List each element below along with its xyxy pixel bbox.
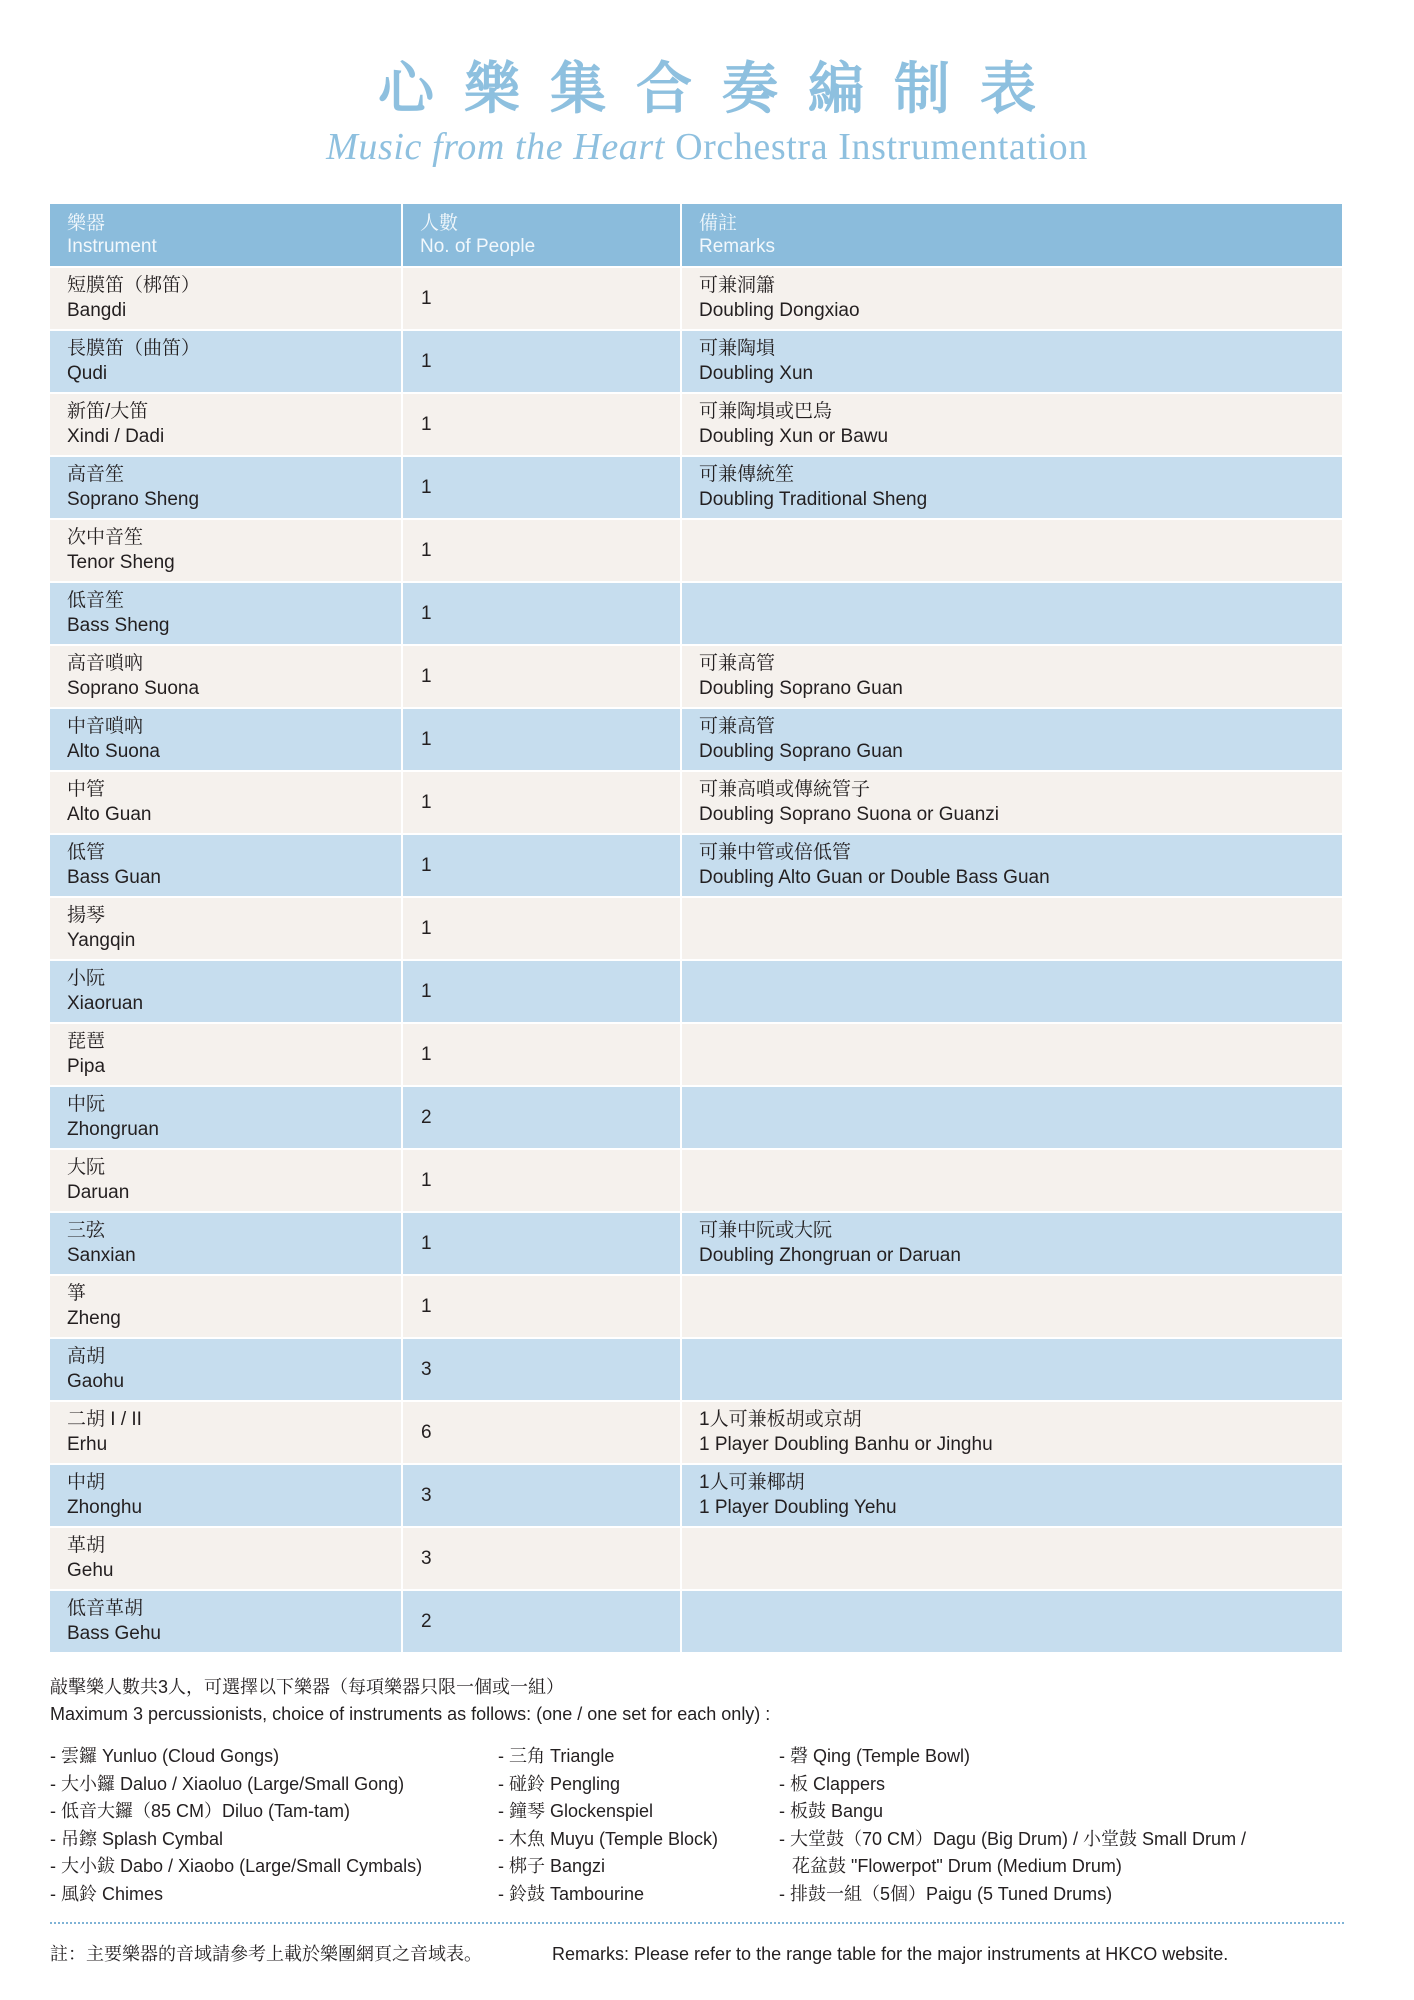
percussion-intro-zh: 敲擊樂人數共3人，可選擇以下樂器（每項樂器只限一個或一組） xyxy=(50,1674,770,1701)
people-count: 1 xyxy=(421,664,432,689)
people-count: 1 xyxy=(421,412,432,437)
table-row: 短膜笛（梆笛）Bangdi 1 可兼洞簫Doubling Dongxiao xyxy=(50,268,1342,329)
remark-zh: 可兼傳統笙 xyxy=(699,462,1325,487)
remarks-cell xyxy=(682,583,1342,644)
instrument-cell: 短膜笛（梆笛）Bangdi xyxy=(50,268,401,329)
remark-en: Doubling Soprano Guan xyxy=(699,676,1325,701)
instrument-cell: 長膜笛（曲笛）Qudi xyxy=(50,331,401,392)
header-label-zh: 備註 xyxy=(699,212,1325,235)
people-cell: 3 xyxy=(403,1339,680,1400)
instrument-en: Tenor Sheng xyxy=(67,550,384,575)
percussion-item: - 磬 Qing (Temple Bowl) xyxy=(779,1743,1246,1771)
people-count: 6 xyxy=(421,1420,432,1445)
people-count: 1 xyxy=(421,727,432,752)
table-row: 高音笙Soprano Sheng 1 可兼傳統笙Doubling Traditi… xyxy=(50,457,1342,518)
instrument-en: Bangdi xyxy=(67,298,384,323)
instrument-en: Pipa xyxy=(67,1054,384,1079)
remark-zh: 可兼陶塤 xyxy=(699,336,1325,361)
percussion-item: - 三角 Triangle xyxy=(498,1743,718,1771)
instrument-zh: 小阮 xyxy=(67,966,384,991)
people-cell: 1 xyxy=(403,268,680,329)
people-cell: 1 xyxy=(403,835,680,896)
instrument-cell: 低音笙Bass Sheng xyxy=(50,583,401,644)
percussion-item: - 大小鑼 Daluo / Xiaoluo (Large/Small Gong) xyxy=(50,1771,422,1799)
instrument-en: Soprano Suona xyxy=(67,676,384,701)
remarks-cell: 可兼高管Doubling Soprano Guan xyxy=(682,646,1342,707)
remarks-cell: 可兼中管或倍低管Doubling Alto Guan or Double Bas… xyxy=(682,835,1342,896)
people-cell: 2 xyxy=(403,1591,680,1652)
table-row: 長膜笛（曲笛）Qudi 1 可兼陶塤Doubling Xun xyxy=(50,331,1342,392)
remarks-cell: 可兼高管Doubling Soprano Guan xyxy=(682,709,1342,770)
instrumentation-table: 樂器Instrument 人數No. of People 備註Remarks 短… xyxy=(50,204,1342,1652)
instrument-zh: 三弦 xyxy=(67,1218,384,1243)
remark-zh: 可兼中阮或大阮 xyxy=(699,1218,1325,1243)
people-count: 1 xyxy=(421,916,432,941)
remarks-cell xyxy=(682,1591,1342,1652)
table-row: 低音革胡Bass Gehu 2 xyxy=(50,1591,1342,1652)
instrument-zh: 新笛/大笛 xyxy=(67,399,384,424)
instrument-cell: 中管Alto Guan xyxy=(50,772,401,833)
instrument-en: Erhu xyxy=(67,1432,384,1457)
instrument-zh: 揚琴 xyxy=(67,903,384,928)
instrument-zh: 次中音笙 xyxy=(67,525,384,550)
remarks-cell xyxy=(682,1087,1342,1148)
people-cell: 1 xyxy=(403,520,680,581)
instrument-en: Daruan xyxy=(67,1180,384,1205)
people-count: 1 xyxy=(421,979,432,1004)
instrument-cell: 高音嗩吶Soprano Suona xyxy=(50,646,401,707)
instrument-cell: 高胡Gaohu xyxy=(50,1339,401,1400)
instrument-cell: 琵琶Pipa xyxy=(50,1024,401,1085)
people-count: 1 xyxy=(421,790,432,815)
instrument-zh: 短膜笛（梆笛） xyxy=(67,273,384,298)
people-cell: 1 xyxy=(403,457,680,518)
instrument-zh: 二胡 I / II xyxy=(67,1407,384,1432)
instrument-zh: 高音嗩吶 xyxy=(67,651,384,676)
remark-zh: 可兼陶塤或巴烏 xyxy=(699,399,1325,424)
instrument-cell: 中音嗩吶Alto Suona xyxy=(50,709,401,770)
percussion-item: - 大小鈸 Dabo / Xiaobo (Large/Small Cymbals… xyxy=(50,1853,422,1881)
table-row: 低管Bass Guan 1 可兼中管或倍低管Doubling Alto Guan… xyxy=(50,835,1342,896)
instrument-cell: 中胡Zhonghu xyxy=(50,1465,401,1526)
table-row: 中音嗩吶Alto Suona 1 可兼高管Doubling Soprano Gu… xyxy=(50,709,1342,770)
remarks-cell: 1人可兼板胡或京胡1 Player Doubling Banhu or Jing… xyxy=(682,1402,1342,1463)
remarks-cell: 可兼傳統笙Doubling Traditional Sheng xyxy=(682,457,1342,518)
remark-en: Doubling Soprano Guan xyxy=(699,739,1325,764)
people-count: 3 xyxy=(421,1483,432,1508)
instrument-cell: 低管Bass Guan xyxy=(50,835,401,896)
header-remarks: 備註Remarks xyxy=(682,204,1342,266)
remarks-cell: 可兼陶塤Doubling Xun xyxy=(682,331,1342,392)
people-count: 1 xyxy=(421,286,432,311)
people-count: 3 xyxy=(421,1357,432,1382)
percussion-item-continuation: 花盆鼓 "Flowerpot" Drum (Medium Drum) xyxy=(779,1853,1246,1881)
table-row: 揚琴Yangqin 1 xyxy=(50,898,1342,959)
header-label-en: Remarks xyxy=(699,235,1325,258)
instrument-en: Sanxian xyxy=(67,1243,384,1268)
people-cell: 1 xyxy=(403,1024,680,1085)
instrument-zh: 高胡 xyxy=(67,1344,384,1369)
table-row: 高音嗩吶Soprano Suona 1 可兼高管Doubling Soprano… xyxy=(50,646,1342,707)
people-cell: 1 xyxy=(403,772,680,833)
page-title-en-italic: Music from the Heart xyxy=(326,126,665,168)
header-label-en: No. of People xyxy=(420,235,663,258)
remarks-cell xyxy=(682,898,1342,959)
remarks-cell xyxy=(682,1339,1342,1400)
instrument-cell: 次中音笙Tenor Sheng xyxy=(50,520,401,581)
remark-en: 1 Player Doubling Yehu xyxy=(699,1495,1325,1520)
remarks-cell xyxy=(682,1528,1342,1589)
footnote-en: Remarks: Please refer to the range table… xyxy=(552,1941,1228,1967)
instrument-cell: 三弦Sanxian xyxy=(50,1213,401,1274)
people-count: 1 xyxy=(421,349,432,374)
table-row: 琵琶Pipa 1 xyxy=(50,1024,1342,1085)
header-label-zh: 樂器 xyxy=(67,212,384,235)
percussion-item: - 梆子 Bangzi xyxy=(498,1853,718,1881)
instrument-cell: 高音笙Soprano Sheng xyxy=(50,457,401,518)
page-title-en: Music from the Heart Orchestra Instrumen… xyxy=(0,124,1414,170)
instrument-zh: 琵琶 xyxy=(67,1029,384,1054)
instrument-zh: 高音笙 xyxy=(67,462,384,487)
table-row: 低音笙Bass Sheng 1 xyxy=(50,583,1342,644)
instrument-zh: 中音嗩吶 xyxy=(67,714,384,739)
percussion-item: - 板鼓 Bangu xyxy=(779,1798,1246,1826)
people-cell: 6 xyxy=(403,1402,680,1463)
instrument-zh: 低音笙 xyxy=(67,588,384,613)
remark-zh: 可兼高管 xyxy=(699,714,1325,739)
instrument-cell: 大阮Daruan xyxy=(50,1150,401,1211)
instrument-zh: 中胡 xyxy=(67,1470,384,1495)
instrument-cell: 中阮Zhongruan xyxy=(50,1087,401,1148)
people-count: 1 xyxy=(421,538,432,563)
percussion-item: - 雲鑼 Yunluo (Cloud Gongs) xyxy=(50,1743,422,1771)
header-people: 人數No. of People xyxy=(403,204,680,266)
remark-en: Doubling Xun or Bawu xyxy=(699,424,1325,449)
people-cell: 1 xyxy=(403,961,680,1022)
people-count: 2 xyxy=(421,1609,432,1634)
percussion-intro-en: Maximum 3 percussionists, choice of inst… xyxy=(50,1701,770,1728)
remark-zh: 可兼洞簫 xyxy=(699,273,1325,298)
instrument-cell: 低音革胡Bass Gehu xyxy=(50,1591,401,1652)
page-title-zh: 心樂集合奏編制表 xyxy=(0,56,1414,122)
percussion-item: - 碰鈴 Pengling xyxy=(498,1771,718,1799)
remarks-cell xyxy=(682,961,1342,1022)
instrument-en: Bass Sheng xyxy=(67,613,384,638)
instrument-en: Zhonghu xyxy=(67,1495,384,1520)
people-cell: 1 xyxy=(403,583,680,644)
table-row: 次中音笙Tenor Sheng 1 xyxy=(50,520,1342,581)
instrument-en: Zheng xyxy=(67,1306,384,1331)
instrument-zh: 低管 xyxy=(67,840,384,865)
instrument-cell: 小阮Xiaoruan xyxy=(50,961,401,1022)
instrument-zh: 低音革胡 xyxy=(67,1596,384,1621)
table-row: 小阮Xiaoruan 1 xyxy=(50,961,1342,1022)
remark-zh: 可兼高管 xyxy=(699,651,1325,676)
people-cell: 1 xyxy=(403,898,680,959)
people-count: 1 xyxy=(421,475,432,500)
people-cell: 3 xyxy=(403,1528,680,1589)
people-count: 3 xyxy=(421,1546,432,1571)
people-count: 1 xyxy=(421,601,432,626)
remarks-cell: 可兼洞簫Doubling Dongxiao xyxy=(682,268,1342,329)
instrument-en: Gehu xyxy=(67,1558,384,1583)
instrument-en: Alto Suona xyxy=(67,739,384,764)
table-row: 中胡Zhonghu 3 1人可兼椰胡1 Player Doubling Yehu xyxy=(50,1465,1342,1526)
instrument-cell: 二胡 I / IIErhu xyxy=(50,1402,401,1463)
people-count: 1 xyxy=(421,1042,432,1067)
instrument-zh: 長膜笛（曲笛） xyxy=(67,336,384,361)
percussion-item: - 低音大鑼（85 CM）Diluo (Tam-tam) xyxy=(50,1798,422,1826)
table-row: 新笛/大笛Xindi / Dadi 1 可兼陶塤或巴烏Doubling Xun … xyxy=(50,394,1342,455)
instrument-cell: 揚琴Yangqin xyxy=(50,898,401,959)
people-cell: 1 xyxy=(403,394,680,455)
instrument-en: Yangqin xyxy=(67,928,384,953)
table-header-row: 樂器Instrument 人數No. of People 備註Remarks xyxy=(50,204,1342,266)
table-row: 三弦Sanxian 1 可兼中阮或大阮Doubling Zhongruan or… xyxy=(50,1213,1342,1274)
people-count: 1 xyxy=(421,853,432,878)
table-row: 高胡Gaohu 3 xyxy=(50,1339,1342,1400)
remarks-cell: 可兼中阮或大阮Doubling Zhongruan or Daruan xyxy=(682,1213,1342,1274)
percussion-item: - 排鼓一組（5個）Paigu (5 Tuned Drums) xyxy=(779,1881,1246,1909)
instrument-en: Xiaoruan xyxy=(67,991,384,1016)
instrument-cell: 新笛/大笛Xindi / Dadi xyxy=(50,394,401,455)
percussion-list-col-3: - 磬 Qing (Temple Bowl) - 板 Clappers - 板鼓… xyxy=(779,1743,1246,1908)
remarks-cell xyxy=(682,1024,1342,1085)
header-instrument: 樂器Instrument xyxy=(50,204,401,266)
remark-zh: 1人可兼板胡或京胡 xyxy=(699,1407,1325,1432)
remark-zh: 可兼中管或倍低管 xyxy=(699,840,1325,865)
remarks-cell: 可兼陶塤或巴烏Doubling Xun or Bawu xyxy=(682,394,1342,455)
instrument-en: Zhongruan xyxy=(67,1117,384,1142)
footnote-zh: 註：主要樂器的音域請參考上載於樂團網頁之音域表。 xyxy=(50,1941,482,1967)
remark-en: 1 Player Doubling Banhu or Jinghu xyxy=(699,1432,1325,1457)
remark-en: Doubling Dongxiao xyxy=(699,298,1325,323)
table-row: 中阮Zhongruan 2 xyxy=(50,1087,1342,1148)
instrument-zh: 中阮 xyxy=(67,1092,384,1117)
remark-zh: 1人可兼椰胡 xyxy=(699,1470,1325,1495)
instrument-zh: 箏 xyxy=(67,1281,384,1306)
remarks-cell xyxy=(682,1150,1342,1211)
percussion-list-col-2: - 三角 Triangle - 碰鈴 Pengling - 鐘琴 Glocken… xyxy=(498,1743,718,1908)
percussion-item: - 大堂鼓（70 CM）Dagu (Big Drum) / 小堂鼓 Small … xyxy=(779,1826,1246,1854)
remarks-cell: 可兼高嗩或傳統管子Doubling Soprano Suona or Guanz… xyxy=(682,772,1342,833)
people-count: 1 xyxy=(421,1294,432,1319)
remark-en: Doubling Xun xyxy=(699,361,1325,386)
instrument-en: Bass Gehu xyxy=(67,1621,384,1646)
remark-en: Doubling Soprano Suona or Guanzi xyxy=(699,802,1325,827)
people-cell: 1 xyxy=(403,1150,680,1211)
table-row: 箏Zheng 1 xyxy=(50,1276,1342,1337)
table-row: 大阮Daruan 1 xyxy=(50,1150,1342,1211)
header-label-zh: 人數 xyxy=(420,212,663,235)
people-count: 1 xyxy=(421,1231,432,1256)
instrument-zh: 中管 xyxy=(67,777,384,802)
remark-en: Doubling Alto Guan or Double Bass Guan xyxy=(699,865,1325,890)
remarks-cell: 1人可兼椰胡1 Player Doubling Yehu xyxy=(682,1465,1342,1526)
instrument-en: Alto Guan xyxy=(67,802,384,827)
remark-en: Doubling Traditional Sheng xyxy=(699,487,1325,512)
percussion-item: - 吊鑔 Splash Cymbal xyxy=(50,1826,422,1854)
instrument-en: Bass Guan xyxy=(67,865,384,890)
remarks-cell xyxy=(682,1276,1342,1337)
table-row: 二胡 I / IIErhu 6 1人可兼板胡或京胡1 Player Doubli… xyxy=(50,1402,1342,1463)
instrument-zh: 革胡 xyxy=(67,1533,384,1558)
people-cell: 1 xyxy=(403,709,680,770)
instrument-cell: 革胡Gehu xyxy=(50,1528,401,1589)
dotted-divider xyxy=(50,1922,1344,1924)
people-count: 2 xyxy=(421,1105,432,1130)
instrument-en: Soprano Sheng xyxy=(67,487,384,512)
percussion-item: - 木魚 Muyu (Temple Block) xyxy=(498,1826,718,1854)
remark-en: Doubling Zhongruan or Daruan xyxy=(699,1243,1325,1268)
instrument-en: Xindi / Dadi xyxy=(67,424,384,449)
percussion-list-col-1: - 雲鑼 Yunluo (Cloud Gongs) - 大小鑼 Daluo / … xyxy=(50,1743,422,1908)
people-cell: 3 xyxy=(403,1465,680,1526)
people-cell: 1 xyxy=(403,331,680,392)
table-row: 中管Alto Guan 1 可兼高嗩或傳統管子Doubling Soprano … xyxy=(50,772,1342,833)
header-label-en: Instrument xyxy=(67,235,384,258)
table-row: 革胡Gehu 3 xyxy=(50,1528,1342,1589)
percussion-intro: 敲擊樂人數共3人，可選擇以下樂器（每項樂器只限一個或一組） Maximum 3 … xyxy=(50,1674,770,1728)
people-cell: 2 xyxy=(403,1087,680,1148)
percussion-item: - 鈴鼓 Tambourine xyxy=(498,1881,718,1909)
people-cell: 1 xyxy=(403,646,680,707)
instrument-en: Gaohu xyxy=(67,1369,384,1394)
remark-zh: 可兼高嗩或傳統管子 xyxy=(699,777,1325,802)
page-title-en-roman: Orchestra Instrumentation xyxy=(675,126,1088,168)
percussion-item: - 鐘琴 Glockenspiel xyxy=(498,1798,718,1826)
people-cell: 1 xyxy=(403,1276,680,1337)
instrument-en: Qudi xyxy=(67,361,384,386)
remarks-cell xyxy=(682,520,1342,581)
instrument-zh: 大阮 xyxy=(67,1155,384,1180)
people-count: 1 xyxy=(421,1168,432,1193)
instrument-cell: 箏Zheng xyxy=(50,1276,401,1337)
percussion-item: - 板 Clappers xyxy=(779,1771,1246,1799)
percussion-item: - 風鈴 Chimes xyxy=(50,1881,422,1909)
people-cell: 1 xyxy=(403,1213,680,1274)
